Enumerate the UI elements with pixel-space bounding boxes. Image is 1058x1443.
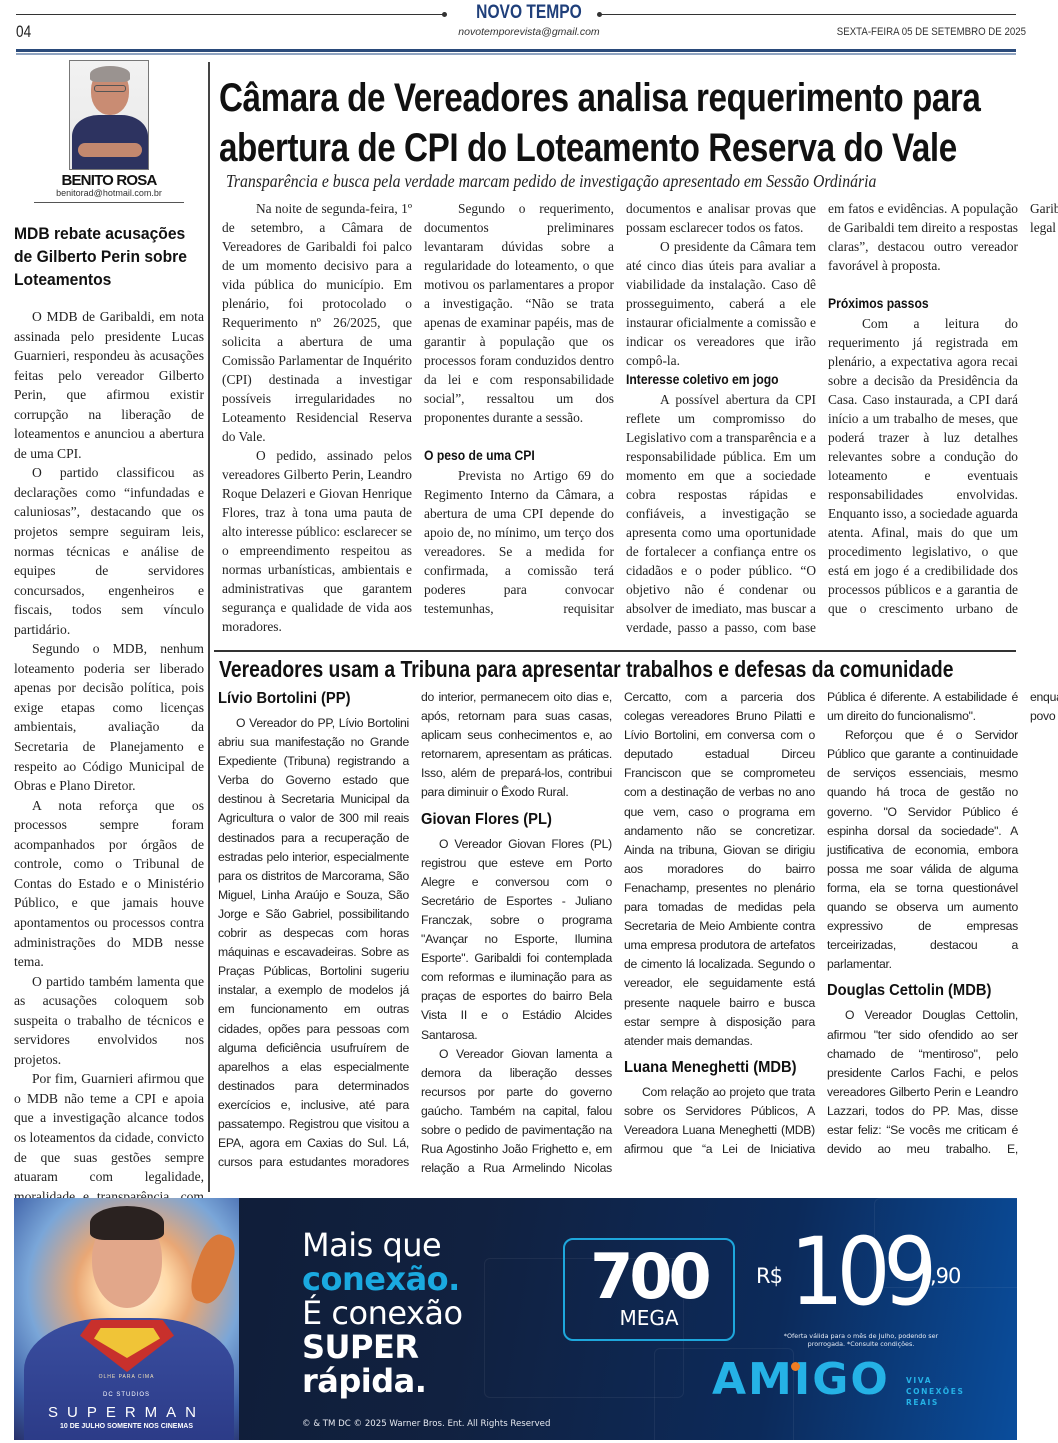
column-paragraph: Segundo o MDB, nenhum loteamento poderia… bbox=[14, 639, 204, 795]
ad-slogan-line: conexão. bbox=[302, 1262, 463, 1296]
speed-badge: 700 MEGA bbox=[563, 1238, 735, 1341]
brand-tagline-line: CONEXÕES bbox=[906, 1386, 965, 1397]
ad-slogan: Mais que conexão. É conexão SUPER rápida… bbox=[302, 1228, 463, 1398]
column-paragraph: O MDB de Garibaldi, em nota assinada pel… bbox=[14, 307, 204, 463]
councilor-heading-giovan: Giovan Flores (PL) bbox=[421, 807, 597, 833]
story-paragraph: Na noite de segunda-feira, 1º de setembr… bbox=[222, 199, 412, 446]
story-paragraph: O presidente da Câmara tem até cinco dia… bbox=[626, 237, 816, 370]
price-currency: R$ bbox=[756, 1264, 782, 1288]
page-number: 04 bbox=[16, 22, 31, 42]
main-headline-line-2: abertura de CPI do Loteamento Reserva do… bbox=[219, 123, 1020, 173]
advertisement-banner[interactable]: OLHE PARA CIMA DC STUDIOS SUPERMAN 10 DE… bbox=[14, 1198, 1017, 1440]
column-paragraph: O partido também lamenta que as acusaçõe… bbox=[14, 972, 204, 1070]
superman-poster: OLHE PARA CIMA DC STUDIOS SUPERMAN 10 DE… bbox=[14, 1198, 239, 1440]
brand-logo-dot-icon bbox=[791, 1362, 800, 1371]
column-article-body: O MDB de Garibaldi, em nota assinada pel… bbox=[14, 307, 204, 1245]
councilor-heading-luana: Luana Meneghetti (MDB) bbox=[624, 1055, 800, 1081]
columnist-divider bbox=[34, 202, 184, 203]
speed-unit: MEGA bbox=[565, 1306, 733, 1330]
columnist-name: BENITO ROSA bbox=[14, 172, 204, 189]
poster-release: 10 DE JULHO SOMENTE NOS CINEMAS bbox=[14, 1423, 239, 1430]
header-double-rule bbox=[16, 49, 1016, 52]
main-subheadline: Transparência e busca pela verdade marca… bbox=[226, 171, 1036, 192]
masthead: NOVO TEMPO bbox=[95, 2, 963, 24]
ad-slogan-line: rápida. bbox=[302, 1364, 463, 1398]
ad-slogan-line: É conexão bbox=[302, 1296, 463, 1330]
story-paragraph: O Vereador Giovan Flores (PL) registrou … bbox=[421, 835, 612, 1045]
brand-logo: AMIGO bbox=[712, 1355, 890, 1405]
columnist-photo bbox=[69, 60, 149, 170]
councilor-heading-livio: Lívio Bortolini (PP) bbox=[218, 686, 394, 712]
column-vertical-divider bbox=[208, 62, 210, 1192]
councilor-heading-douglas: Douglas Cettolin (MDB) bbox=[827, 978, 1003, 1004]
column-paragraph: O partido classificou as declarações com… bbox=[14, 463, 204, 639]
brand-tagline-line: REAIS bbox=[906, 1397, 965, 1408]
section-heading-proximos: Próximos passos bbox=[828, 294, 999, 314]
section-heading-peso: O peso de uma CPI bbox=[424, 446, 595, 466]
main-headline: Câmara de Vereadores analisa requeriment… bbox=[219, 73, 1019, 173]
ad-copyright: © & TM DC © 2025 Warner Bros. Ent. All R… bbox=[302, 1419, 550, 1429]
price-integer: 109 bbox=[790, 1218, 930, 1328]
ad-slogan-line: Mais que bbox=[302, 1228, 463, 1262]
column-paragraph: A nota reforça que os processos sempre f… bbox=[14, 796, 204, 972]
poster-tagline: OLHE PARA CIMA bbox=[14, 1374, 239, 1380]
main-headline-line-1: Câmara de Vereadores analisa requeriment… bbox=[219, 73, 1020, 123]
section-heading-interesse: Interesse coletivo em jogo bbox=[626, 370, 797, 390]
columnist-sidebar: BENITO ROSA benitorad@hotmail.com.br MDB… bbox=[14, 60, 204, 1245]
story-paragraph: Segundo o requerimento, documentos preli… bbox=[424, 199, 614, 427]
second-story-body: Lívio Bortolini (PP) O Vereador do PP, L… bbox=[218, 688, 1018, 1188]
story-paragraph: O pedido, assinado pelos vereadores Gilb… bbox=[222, 446, 412, 636]
column-article-title: MDB rebate acusações de Gilberto Perin s… bbox=[14, 222, 207, 291]
ad-slogan-line: SUPER bbox=[302, 1330, 463, 1364]
offer-disclaimer: *Oferta válida para o mês de Julho, pode… bbox=[766, 1332, 956, 1348]
header-double-rule-light bbox=[16, 53, 1016, 55]
brand-tagline: VIVA CONEXÕES REAIS bbox=[906, 1375, 965, 1408]
columnist-email[interactable]: benitorad@hotmail.com.br bbox=[14, 188, 204, 198]
second-headline: Vereadores usam a Tribuna para apresenta… bbox=[219, 656, 1017, 683]
story-divider bbox=[214, 650, 1016, 652]
price-decimal: ,90 bbox=[930, 1264, 960, 1288]
poster-title: SUPERMAN bbox=[14, 1404, 239, 1421]
speed-value: 700 bbox=[565, 1242, 733, 1312]
brand-tagline-line: VIVA bbox=[906, 1375, 965, 1386]
issue-date: SEXTA-FEIRA 05 DE SETEMBRO DE 2025 bbox=[837, 26, 1026, 38]
story-paragraph: Reforçou que é o Servidor Público que ga… bbox=[827, 726, 1018, 974]
main-story-body: Na noite de segunda-feira, 1º de setembr… bbox=[222, 199, 1018, 639]
poster-studio: DC STUDIOS bbox=[14, 1392, 239, 1398]
